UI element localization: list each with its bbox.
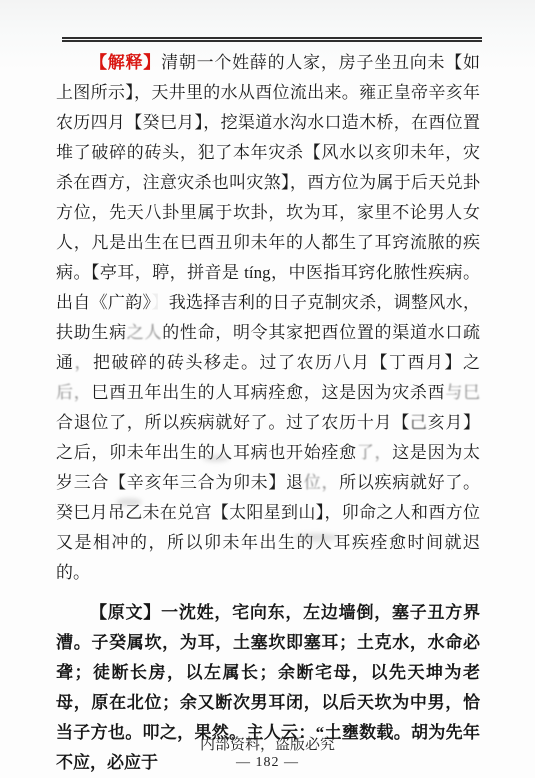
text-run: 合退位了，所以疾病就好了。过了农历十月【 xyxy=(56,413,410,432)
text-run: 与巳 xyxy=(445,383,480,402)
document-body: 【解释】清朝一个姓薛的人家，房子坐丑向未【如上图所示】，天井里的水从酉位流出来。… xyxy=(56,48,480,778)
header-double-rule xyxy=(62,37,482,42)
text-run: 了， xyxy=(357,443,392,462)
text-run: 位， xyxy=(304,473,339,492)
footer-notice: 内部资料，盗版必究 xyxy=(0,733,535,754)
text-run: 后， xyxy=(56,383,91,402)
text-run: 巳酉丑年出生的人耳病痊愈，这是因为灾杀酉 xyxy=(91,383,445,402)
section-label: 【解释】 xyxy=(90,53,161,72)
scan-smudge xyxy=(293,533,339,542)
text-run: 之人 xyxy=(127,323,162,342)
text-run: 】 xyxy=(151,293,168,312)
text-run: 把破碎的砖头移走。过了农历八月【丁酉月】之 xyxy=(93,353,480,372)
paragraph: 【解释】清朝一个姓薛的人家，房子坐丑向未【如上图所示】，天井里的水从酉位流出来。… xyxy=(56,48,480,588)
scan-smudge xyxy=(116,498,142,506)
document-page: 【解释】清朝一个姓薛的人家，房子坐丑向未【如上图所示】，天井里的水从酉位流出来。… xyxy=(0,0,535,778)
page-number: — 182 — xyxy=(0,755,535,771)
scan-smudge xyxy=(203,455,229,462)
text-run: 清朝一个姓薛的人家，房子坐丑向未【如上图所示】，天井里的水从酉位流出来。雍正皇帝… xyxy=(56,53,480,312)
text-run: 己 xyxy=(410,413,428,432)
text-run: ， xyxy=(75,353,94,372)
section-label: 【原文】 xyxy=(90,603,161,622)
